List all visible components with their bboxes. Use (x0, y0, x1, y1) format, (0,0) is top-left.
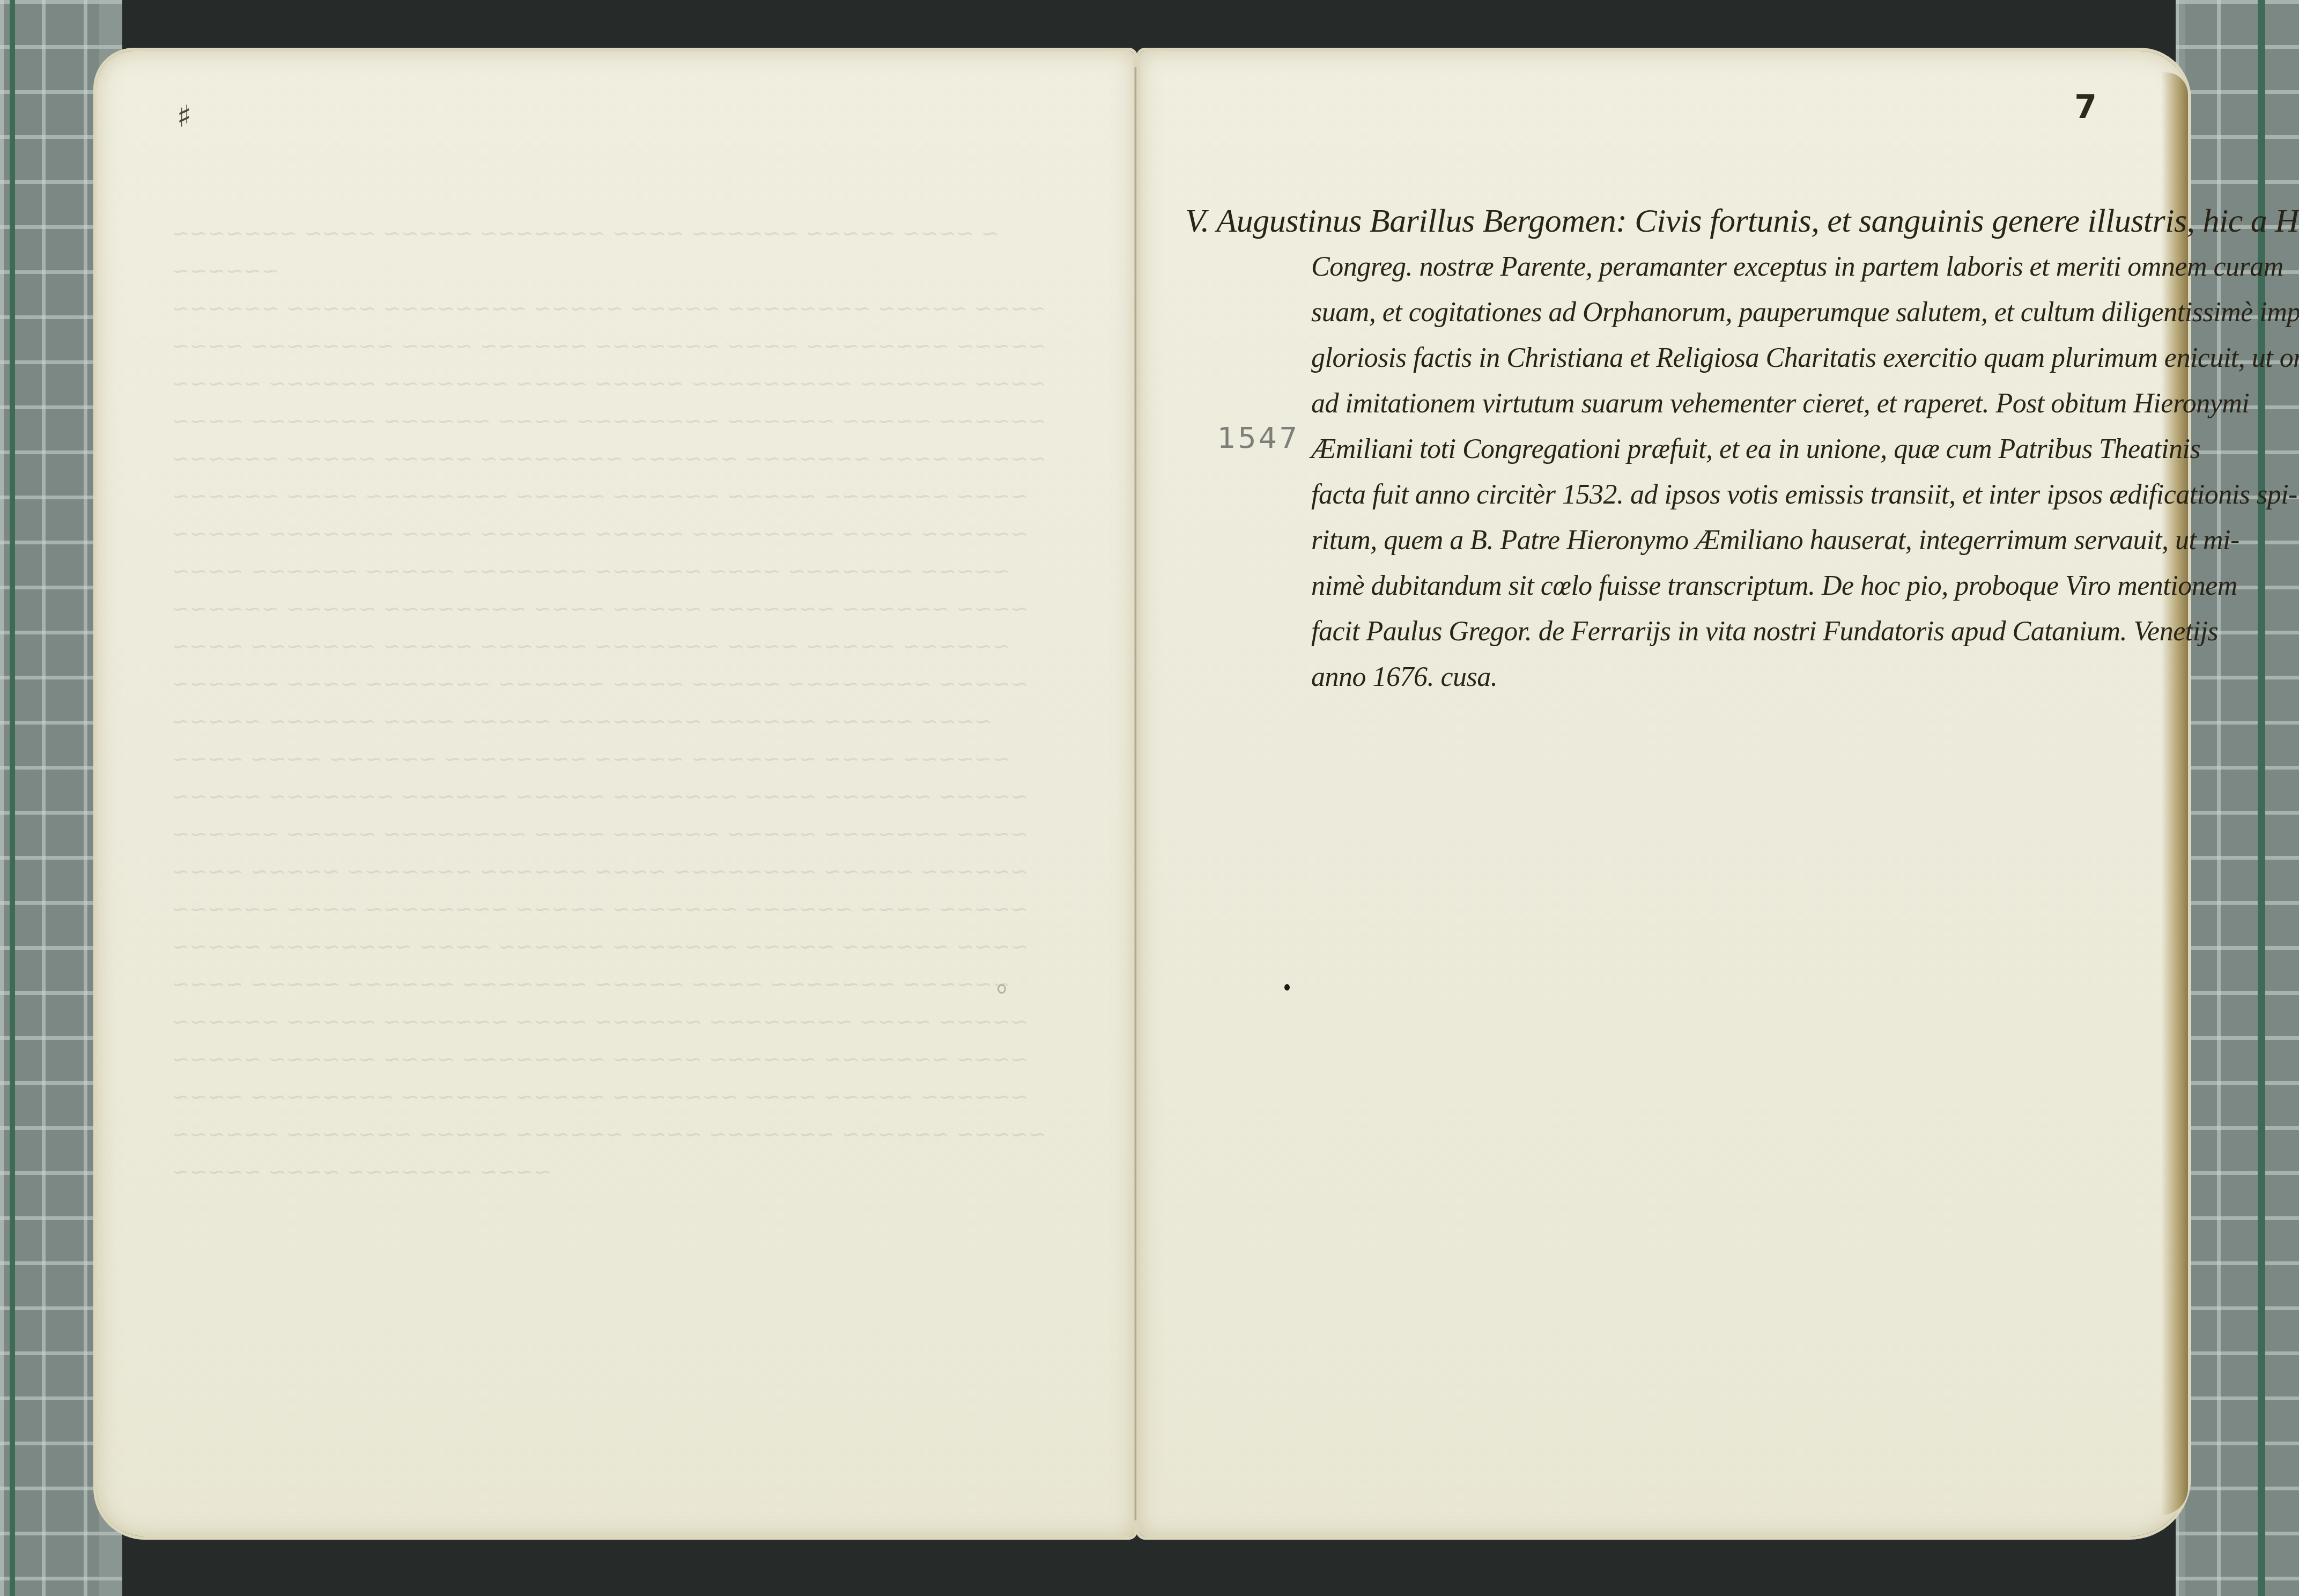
mat-guide-line (2258, 0, 2265, 1596)
entry-line: suam, et cogitationes ad Orphanorum, pau… (1185, 290, 2183, 335)
folio-mark: ♯ (177, 99, 191, 134)
entry-line: Congreg. nostræ Parente, peramanter exce… (1185, 244, 2183, 290)
entry-line: nimè dubitandum sit cœlo fuisse transcri… (1185, 563, 2183, 609)
binding-hole (997, 984, 1006, 994)
entry-line: ritum, quem a B. Patre Hieronymo Æmilian… (1185, 518, 2183, 563)
entry-line: facta fuit anno circitèr 1532. ad ipsos … (1185, 472, 2183, 518)
entry-line: ad imitationem virtutum suarum vehemente… (1185, 381, 2183, 426)
entry-line: anno 1676. cusa. (1185, 654, 2183, 700)
entry-line: facit Paulus Gregor. de Ferrarijs in vit… (1185, 609, 2183, 654)
binding-hole (1284, 984, 1290, 991)
entry-line: V. Augustinus Barillus Bergomen: Civis f… (1185, 198, 2183, 244)
manuscript-entry: V. Augustinus Barillus Bergomen: Civis f… (1185, 198, 2183, 700)
show-through-text: ~ ~~~~ ~~~~~ ~~~~~~ ~~~~ ~~~~~~~ ~~~~~ ~… (172, 177, 1105, 1191)
entry-line: gloriosis factis in Christiana et Religi… (1185, 335, 2183, 381)
left-page: ♯ ~ ~~~~ ~~~~~ ~~~~~~ ~~~~ ~~~~~~~ ~~~~~… (97, 51, 1134, 1536)
mat-guide-line (10, 0, 15, 1596)
folio-number: 7 (2074, 88, 2097, 126)
entry-line: Æmiliani toti Congregationi præfuit, et … (1185, 426, 2183, 472)
